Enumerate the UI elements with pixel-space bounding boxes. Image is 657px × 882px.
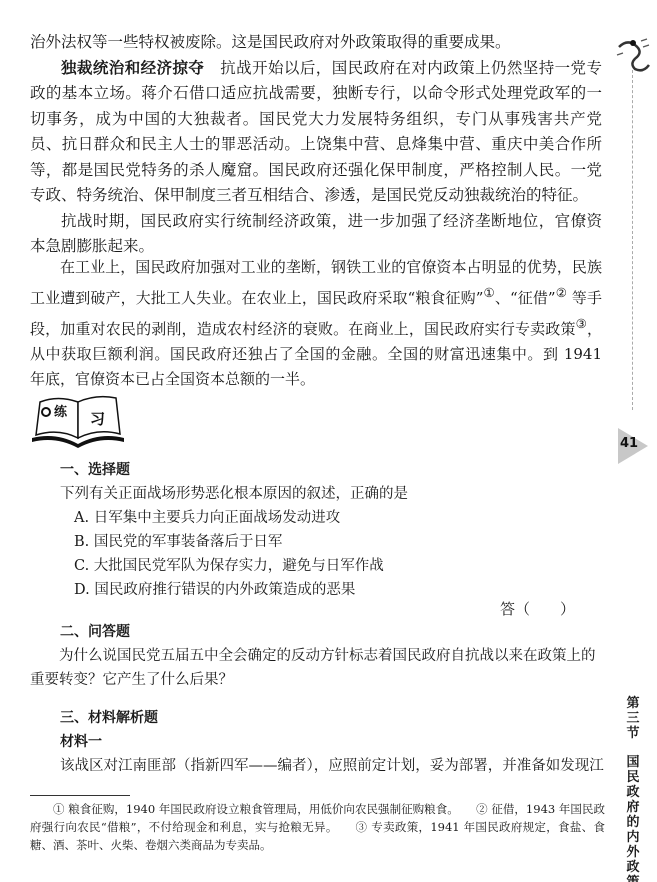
footnote-ref-1[interactable]: ① <box>483 285 494 300</box>
spine-section-title: 第 三 节 国 民 政 府 的 内 外 政 策 <box>624 696 642 882</box>
section-title-essay: 二、问答题 <box>60 620 605 644</box>
page-number: 41 <box>620 436 638 451</box>
option-b[interactable]: B. 国民党的军事装备落后于日军 <box>74 530 605 554</box>
option-a[interactable]: A. 日军集中主要兵力向正面战场发动进攻 <box>74 506 605 530</box>
material-1-label: 材料一 <box>60 730 605 754</box>
multiple-choice-section: 一、选择题 下列有关正面战场形势恶化根本原因的叙述，正确的是 A. 日军集中主要… <box>60 458 605 602</box>
footnote-ref-2[interactable]: ② <box>556 285 567 300</box>
svg-text:习: 习 <box>90 410 105 428</box>
option-c[interactable]: C. 大批国民党军队为保存实力，避免与日军作战 <box>74 554 605 578</box>
paragraph-2: 独裁统治和经济掠夺 抗战开始以后，国民政府在对内政策上仍然坚持一党专政的基本立场… <box>30 56 602 209</box>
paragraph-1: 治外法权等一些特权被废除。这是国民政府对外政策取得的重要成果。 <box>30 30 602 56</box>
footnotes: ① 粮食征购，1940 年国民政府设立粮食管理局，用低价向农民强制征购粮食。 ②… <box>30 800 605 854</box>
dragon-icon <box>613 35 653 75</box>
svg-text:练: 练 <box>54 404 68 420</box>
supplement-text: 在工业上，国民政府加强对工业的垄断，钢铁工业的官僚资本占明显的优势，民族工业遭到… <box>30 255 602 392</box>
supplement-paragraph: 在工业上，国民政府加强对工业的垄断，钢铁工业的官僚资本占明显的优势，民族工业遭到… <box>30 255 602 392</box>
section-heading-dictatorship: 独裁统治和经济掠夺 <box>61 59 204 77</box>
margin-dashed-line <box>632 70 633 410</box>
material-analysis-section: 三、材料解析题 材料一 该战区对江南匪部（指新四军——编者），应照前定计划，妥为… <box>60 706 605 778</box>
textbook-page: 治外法权等一些特权被废除。这是国民政府对外政策取得的重要成果。 独裁统治和经济掠… <box>0 0 657 882</box>
paragraph-3: 抗战时期，国民政府实行统制经济政策，进一步加强了经济垄断地位，官僚资本急剧膨胀起… <box>30 209 602 260</box>
footnote-divider <box>30 795 130 796</box>
question-1: 下列有关正面战场形势恶化根本原因的叙述，正确的是 <box>60 482 605 506</box>
main-text-section: 治外法权等一些特权被废除。这是国民政府对外政策取得的重要成果。 独裁统治和经济掠… <box>30 30 602 260</box>
essay-section: 二、问答题 为什么说国民党五届五中全会确定的反动方针标志着国民政府自抗战以来在政… <box>30 620 605 692</box>
answer-blank[interactable]: 答（ ） <box>500 598 575 619</box>
section-title-material: 三、材料解析题 <box>60 706 605 730</box>
footnote-ref-3[interactable]: ③ <box>576 316 587 331</box>
footnote-text: ① 粮食征购，1940 年国民政府设立粮食管理局，用低价向农民强制征购粮食。 ②… <box>30 800 605 854</box>
question-2: 为什么说国民党五届五中全会确定的反动方针标志着国民政府自抗战以来在政策上的重要转… <box>30 644 605 692</box>
material-1-text: 该战区对江南匪部（指新四军——编者），应照前定计划，妥为部署，并准备如发现江 <box>60 754 605 778</box>
section-title-choice: 一、选择题 <box>60 458 605 482</box>
exercise-book-icon: 练 习 <box>28 390 128 450</box>
